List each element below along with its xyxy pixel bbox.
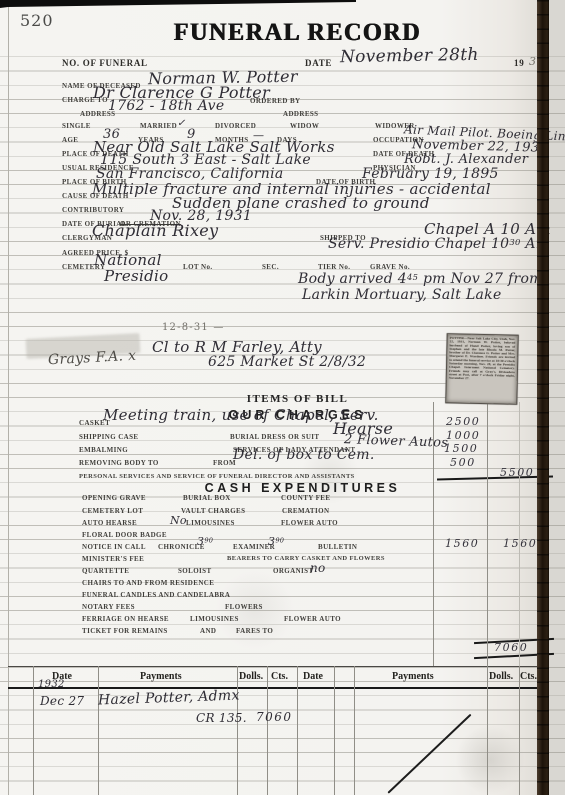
- opening-grave-label: OPENING GRAVE: [82, 494, 146, 502]
- notary-fees-label: NOTARY FEES: [82, 603, 135, 611]
- bearers-label: BEARERS TO CARRY CASKET AND FLOWERS: [227, 555, 385, 562]
- ticket-label: TICKET FOR REMAINS: [82, 627, 168, 635]
- tier-no-label: TIER No.: [318, 263, 350, 271]
- notice-amount-1: 1560: [445, 537, 479, 550]
- flowers-label: FLOWERS: [225, 603, 263, 611]
- chronicle-value: 390: [197, 535, 213, 548]
- payment-entry-amount: 7060: [256, 710, 293, 724]
- organist-label: ORGANIST: [273, 567, 314, 575]
- removing-body-label: REMOVING BODY TO: [79, 459, 159, 467]
- chronicle-value-sup: 90: [204, 537, 213, 545]
- body-arrival-note-1-tail: pm Nov 27 from: [418, 271, 543, 287]
- paper-smudge: [455, 725, 525, 795]
- scan-edge-bar: [0, 0, 356, 8]
- removing-value: Del. of box to Cem.: [233, 447, 375, 463]
- physician-value: Robt. J. Alexander: [404, 152, 528, 167]
- cemetery-value-2: Presidio: [104, 267, 168, 285]
- grave-no-label: GRAVE No.: [370, 263, 410, 271]
- body-arrival-note-1-main: Body arrived 4: [298, 271, 407, 287]
- vault-charges-label: VAULT CHARGES: [181, 507, 245, 515]
- payments-header-cts-1: Cts.: [271, 671, 288, 682]
- pencil-date-note: 12-8-31 —: [162, 322, 225, 333]
- burial-box-label: BURIAL BOX: [183, 494, 231, 502]
- bulletin-label: BULLETIN: [318, 543, 357, 551]
- payments-col-line: [519, 666, 520, 795]
- page-number: 520: [20, 11, 54, 30]
- embalming-amount: 1500: [444, 442, 478, 455]
- limousines2-label: LIMOUSINES: [190, 615, 239, 623]
- body-arrival-note-1-sup: 45: [407, 272, 418, 282]
- payments-header-dolls-2: Dolls.: [489, 671, 513, 682]
- body-arrival-note-2: Larkin Mortuary, Salt Lake: [302, 287, 502, 303]
- payments-header-payments-2: Payments: [392, 671, 434, 682]
- examiner-value: 390: [268, 535, 284, 548]
- payments-header-dolls-1: Dolls.: [239, 671, 263, 682]
- examiner-value-sup: 90: [275, 537, 284, 545]
- single-label: SINGLE: [62, 122, 91, 130]
- divorced-label: DIVORCED: [215, 122, 256, 130]
- payments-table-top-rule: [8, 666, 549, 667]
- contributory-label: CONTRIBUTORY: [62, 206, 124, 214]
- money-column-line-2: [487, 402, 488, 666]
- payments-header-payments-1: Payments: [140, 671, 182, 682]
- funeral-record-page: 520 FUNERAL RECORD NO. OF FUNERAL DATE N…: [0, 0, 565, 795]
- year-printed: 19: [514, 58, 524, 68]
- page-title: FUNERAL RECORD: [38, 19, 557, 47]
- floral-door-badge-label: FLORAL DOOR BADGE: [82, 531, 167, 539]
- lot-no-label: LOT No.: [183, 263, 213, 271]
- payments-header-cts-2: Cts.: [520, 671, 537, 682]
- payments-col-line: [297, 666, 298, 795]
- items-of-bill-heading: ITEMS OF BILL: [30, 393, 565, 405]
- burial-dress-label: BURIAL DRESS OR SUIT: [230, 433, 320, 441]
- flower-auto2-label: FLOWER AUTO: [284, 615, 341, 623]
- candles-label: FUNERAL CANDLES AND CANDELABRA: [82, 591, 230, 599]
- notice-amount-2: 1560: [503, 537, 537, 550]
- married-check-mark: ✓: [177, 118, 186, 129]
- quartette-label: QUARTETTE: [82, 567, 129, 575]
- payments-col-line: [354, 666, 355, 795]
- widow-label: WIDOW: [290, 122, 319, 130]
- payments-header-date-2: Date: [303, 671, 323, 682]
- sec-label: SEC.: [262, 263, 279, 271]
- payments-col-line: [237, 666, 238, 795]
- our-charges-subtotal: 5500: [500, 466, 534, 479]
- money-column-line-3: [519, 402, 520, 666]
- cremation-label: CREMATION: [282, 507, 329, 515]
- payment-entry-name: Hazel Potter, Admx: [98, 688, 240, 709]
- shipping-case-label: SHIPPING CASE: [79, 433, 138, 441]
- bill-total: 7060: [494, 641, 528, 654]
- chairs-label: CHAIRS TO AND FROM RESIDENCE: [82, 579, 214, 587]
- auto-hearse-label: AUTO HEARSE: [82, 519, 137, 527]
- left-margin-line: [8, 0, 9, 795]
- embalming-label: EMBALMING: [79, 446, 128, 454]
- no-of-funeral-label: NO. OF FUNERAL: [62, 58, 148, 68]
- payments-col-line: [334, 666, 335, 795]
- cemetery-lot-label: CEMETERY LOT: [82, 507, 143, 515]
- body-arrival-note-1: Body arrived 445 pm Nov 27 from: [298, 271, 543, 287]
- married-label: MARRIED: [140, 122, 177, 130]
- ministers-fee-label: MINISTER'S FEE: [82, 555, 144, 563]
- shipping-amount: 1000: [446, 429, 480, 442]
- obituary-text: POTTER—Near Salt Lake City, Utah, Nov. 2…: [449, 336, 516, 381]
- payments-col-line: [98, 666, 99, 795]
- notice-in-call-label: NOTICE IN CALL: [82, 543, 146, 551]
- and-label: AND: [200, 627, 216, 635]
- organist-value: no: [310, 561, 326, 575]
- subtotal-rule: [437, 475, 553, 480]
- ordered-by-label: ORDERED BY: [250, 97, 300, 105]
- cash-expenditures-heading: CASH EXPENDITURES: [40, 481, 565, 495]
- shipped-to-value-2-sup: 30: [509, 237, 520, 247]
- payments-year-note: 1932: [38, 679, 65, 690]
- payments-col-line: [267, 666, 268, 795]
- shipped-to-value-2-main: Serv. Presidio Chapel 10: [328, 236, 509, 252]
- fares-to-label: FARES TO: [236, 627, 273, 635]
- date-value: November 28th: [340, 45, 479, 67]
- county-fee-label: COUNTY FEE: [281, 494, 330, 502]
- flower-auto-label: FLOWER AUTO: [281, 519, 338, 527]
- farley-note-line-2: 625 Market St 2/8/32: [208, 354, 366, 370]
- limousines-label: LIMOUSINES: [186, 519, 235, 527]
- address2-label: ADDRESS: [283, 110, 318, 118]
- payments-col-line: [33, 666, 34, 795]
- date-label: DATE: [305, 58, 332, 68]
- soloist-label: SOLOIST: [178, 567, 212, 575]
- removing-amount: 500: [450, 456, 476, 469]
- payments-table-header-rule: [8, 687, 549, 689]
- no-limousines-value: No: [170, 514, 187, 527]
- clergyman-value: Chaplain Rixey: [92, 221, 218, 240]
- grays-note: Grays F.A. x: [48, 348, 137, 369]
- personal-services-label: PERSONAL SERVICES AND SERVICE OF FUNERAL…: [79, 473, 355, 480]
- shipped-to-value-2: Serv. Presidio Chapel 1030 Am: [328, 236, 549, 252]
- age-label: AGE: [62, 136, 78, 144]
- payments-col-line: [487, 666, 488, 795]
- address-value: 1762 - 18th Ave: [108, 98, 224, 114]
- payment-entry-ref: CR 135.: [196, 711, 247, 725]
- ferriage-label: FERRIAGE ON HEARSE: [82, 615, 169, 623]
- handwritten-diagonal-line: [387, 714, 471, 794]
- casket-amount: 2500: [446, 415, 480, 428]
- binding-strip: [537, 0, 549, 795]
- payment-entry-date: Dec 27: [40, 694, 84, 708]
